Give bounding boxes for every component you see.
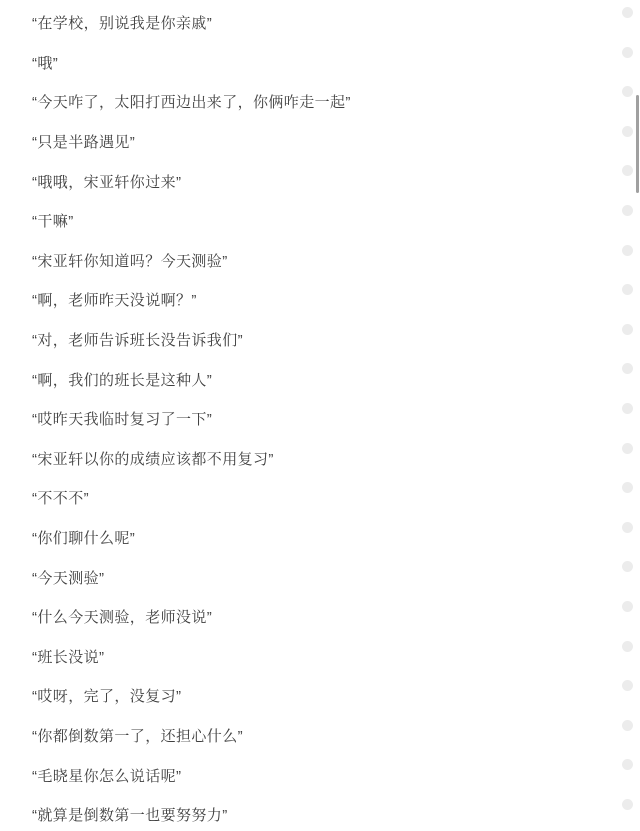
paragraph-text: “今天测验”	[32, 557, 592, 597]
paragraph-list: “在学校，别说我是你亲戚”“哦”“今天咋了，太阳打西边出来了，你俩咋走一起”“只…	[32, 3, 592, 831]
paragraph-text: “啊，我们的班长是这种人”	[32, 359, 592, 399]
paragraph-comment-bubble-icon[interactable]	[622, 759, 633, 770]
paragraph-text: “哎昨天我临时复习了一下”	[32, 399, 592, 439]
paragraph-text: “你们聊什么呢”	[32, 518, 592, 558]
paragraph-text: “就算是倒数第一也要努努力”	[32, 795, 592, 831]
paragraph-comment-bubble-icon[interactable]	[622, 641, 633, 652]
paragraph-comment-bubble-icon[interactable]	[622, 165, 633, 176]
paragraph-comment-bubble-icon[interactable]	[622, 126, 633, 137]
paragraph-text: “宋亚轩你知道吗？今天测验”	[32, 241, 592, 281]
paragraph-text: “哎呀，完了，没复习”	[32, 676, 592, 716]
paragraph-text: “你都倒数第一了，还担心什么”	[32, 716, 592, 756]
paragraph-text: “只是半路遇见”	[32, 122, 592, 162]
paragraph-comment-bubble-icon[interactable]	[622, 601, 633, 612]
paragraph-comment-bubble-icon[interactable]	[622, 720, 633, 731]
paragraph-text: “对，老师告诉班长没告诉我们”	[32, 320, 592, 360]
paragraph-text: “哦”	[32, 43, 592, 83]
paragraph-comment-bubble-icon[interactable]	[622, 680, 633, 691]
paragraph-comment-bubble-icon[interactable]	[622, 799, 633, 810]
paragraph-comment-bubble-icon[interactable]	[622, 443, 633, 454]
paragraph-text: “宋亚轩以你的成绩应该都不用复习”	[32, 439, 592, 479]
paragraph-text: “哦哦，宋亚轩你过来”	[32, 161, 592, 201]
scrollbar-thumb[interactable]	[636, 95, 639, 193]
paragraph-text: “毛晓星你怎么说话呢”	[32, 755, 592, 795]
paragraph-comment-bubble-icon[interactable]	[622, 284, 633, 295]
paragraph-comment-bubble-icon[interactable]	[622, 324, 633, 335]
paragraph-text: “什么今天测验，老师没说”	[32, 597, 592, 637]
paragraph-comment-bubble-icon[interactable]	[622, 7, 633, 18]
paragraph-text: “干嘛”	[32, 201, 592, 241]
paragraph-comment-bubble-icon[interactable]	[622, 522, 633, 533]
paragraph-comment-bubble-icon[interactable]	[622, 403, 633, 414]
paragraph-text: “不不不”	[32, 478, 592, 518]
paragraph-comment-bubble-icon[interactable]	[622, 245, 633, 256]
paragraph-comment-bubble-icon[interactable]	[622, 482, 633, 493]
paragraph-comment-bubble-icon[interactable]	[622, 86, 633, 97]
paragraph-text: “啊，老师昨天没说啊？”	[32, 280, 592, 320]
paragraph-comment-bubble-icon[interactable]	[622, 47, 633, 58]
paragraph-text: “在学校，别说我是你亲戚”	[32, 3, 592, 43]
paragraph-text: “班长没说”	[32, 637, 592, 677]
paragraph-text: “今天咋了，太阳打西边出来了，你俩咋走一起”	[32, 82, 592, 122]
paragraph-comment-bubble-icon[interactable]	[622, 363, 633, 374]
paragraph-marker-column	[622, 7, 633, 831]
paragraph-comment-bubble-icon[interactable]	[622, 561, 633, 572]
paragraph-comment-bubble-icon[interactable]	[622, 205, 633, 216]
